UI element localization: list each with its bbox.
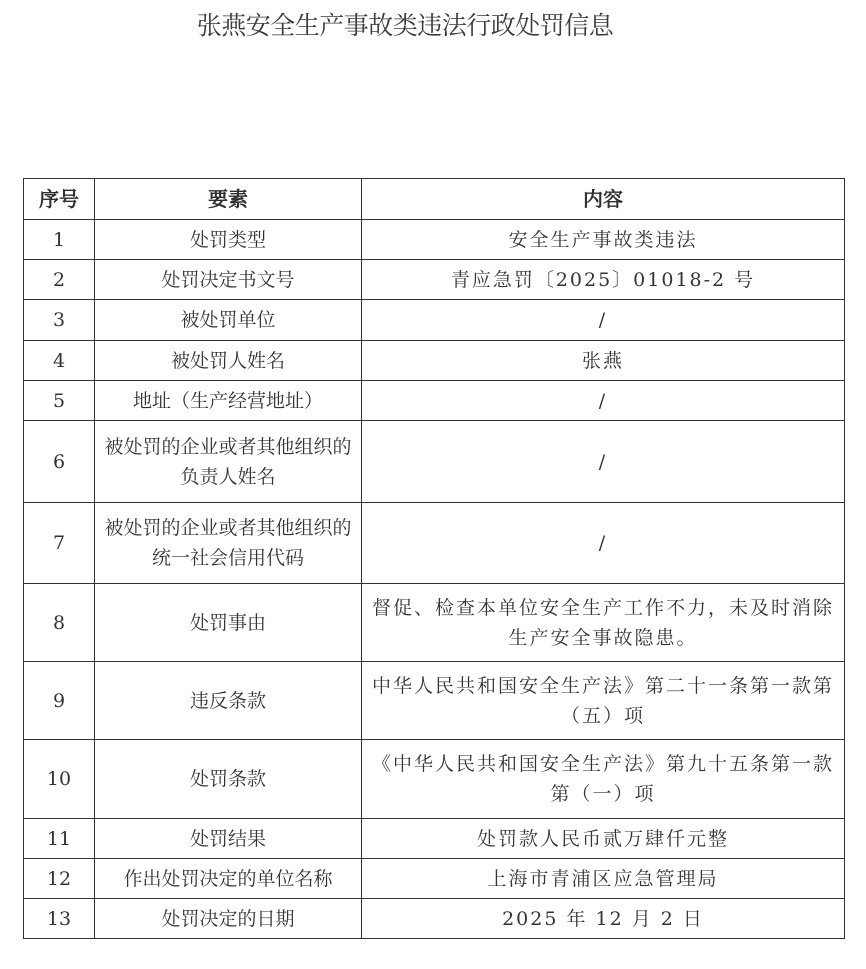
row-content: / [362,421,845,503]
row-content: 督促、检查本单位安全生产工作不力，未及时消除生产安全事故隐患。 [362,584,845,662]
row-index: 4 [24,341,95,381]
table-row: 5 地址（生产经营地址） / [24,381,845,421]
table-row: 2 处罚决定书文号 青应急罚〔2025〕01018-2 号 [24,260,845,300]
row-element: 被处罚的企业或者其他组织的负责人姓名 [95,421,362,503]
row-element: 处罚条款 [95,740,362,819]
row-element: 处罚决定书文号 [95,260,362,300]
row-content: 《中华人民共和国安全生产法》第九十五条第一款第（一）项 [362,740,845,819]
row-element: 被处罚的企业或者其他组织的统一社会信用代码 [95,503,362,584]
row-index: 9 [24,662,95,740]
table-row: 8 处罚事由 督促、检查本单位安全生产工作不力，未及时消除生产安全事故隐患。 [24,584,845,662]
row-index: 13 [24,899,95,939]
row-element: 违反条款 [95,662,362,740]
row-index: 7 [24,503,95,584]
row-element: 处罚事由 [95,584,362,662]
row-index: 6 [24,421,95,503]
row-content: 青应急罚〔2025〕01018-2 号 [362,260,845,300]
row-index: 2 [24,260,95,300]
row-index: 10 [24,740,95,819]
row-content: / [362,503,845,584]
table-row: 12 作出处罚决定的单位名称 上海市青浦区应急管理局 [24,859,845,899]
row-element: 作出处罚决定的单位名称 [95,859,362,899]
row-content: / [362,381,845,421]
table-row: 6 被处罚的企业或者其他组织的负责人姓名 / [24,421,845,503]
row-index: 5 [24,381,95,421]
row-index: 8 [24,584,95,662]
row-element: 地址（生产经营地址） [95,381,362,421]
row-index: 3 [24,300,95,341]
penalty-info-table: 序号 要素 内容 1 处罚类型 安全生产事故类违法 2 处罚决定书文号 青应急罚… [23,178,845,939]
row-element: 处罚决定的日期 [95,899,362,939]
table-row: 13 处罚决定的日期 2025 年 12 月 2 日 [24,899,845,939]
row-content: 处罚款人民币贰万肆仟元整 [362,819,845,859]
row-content: / [362,300,845,341]
table-row: 4 被处罚人姓名 张燕 [24,341,845,381]
row-content: 安全生产事故类违法 [362,220,845,260]
table-row: 3 被处罚单位 / [24,300,845,341]
header-index: 序号 [24,179,95,220]
row-index: 11 [24,819,95,859]
row-content: 2025 年 12 月 2 日 [362,899,845,939]
row-index: 1 [24,220,95,260]
table-header-row: 序号 要素 内容 [24,179,845,220]
table-row: 11 处罚结果 处罚款人民币贰万肆仟元整 [24,819,845,859]
row-element: 处罚结果 [95,819,362,859]
header-content: 内容 [362,179,845,220]
row-content: 上海市青浦区应急管理局 [362,859,845,899]
row-content: 张燕 [362,341,845,381]
table-row: 1 处罚类型 安全生产事故类违法 [24,220,845,260]
row-element: 被处罚单位 [95,300,362,341]
row-element: 被处罚人姓名 [95,341,362,381]
row-content: 中华人民共和国安全生产法》第二十一条第一款第（五）项 [362,662,845,740]
row-element: 处罚类型 [95,220,362,260]
table-row: 7 被处罚的企业或者其他组织的统一社会信用代码 / [24,503,845,584]
table-row: 10 处罚条款 《中华人民共和国安全生产法》第九十五条第一款第（一）项 [24,740,845,819]
page-title: 张燕安全生产事故类违法行政处罚信息 [0,6,810,42]
row-index: 12 [24,859,95,899]
table-row: 9 违反条款 中华人民共和国安全生产法》第二十一条第一款第（五）项 [24,662,845,740]
header-element: 要素 [95,179,362,220]
